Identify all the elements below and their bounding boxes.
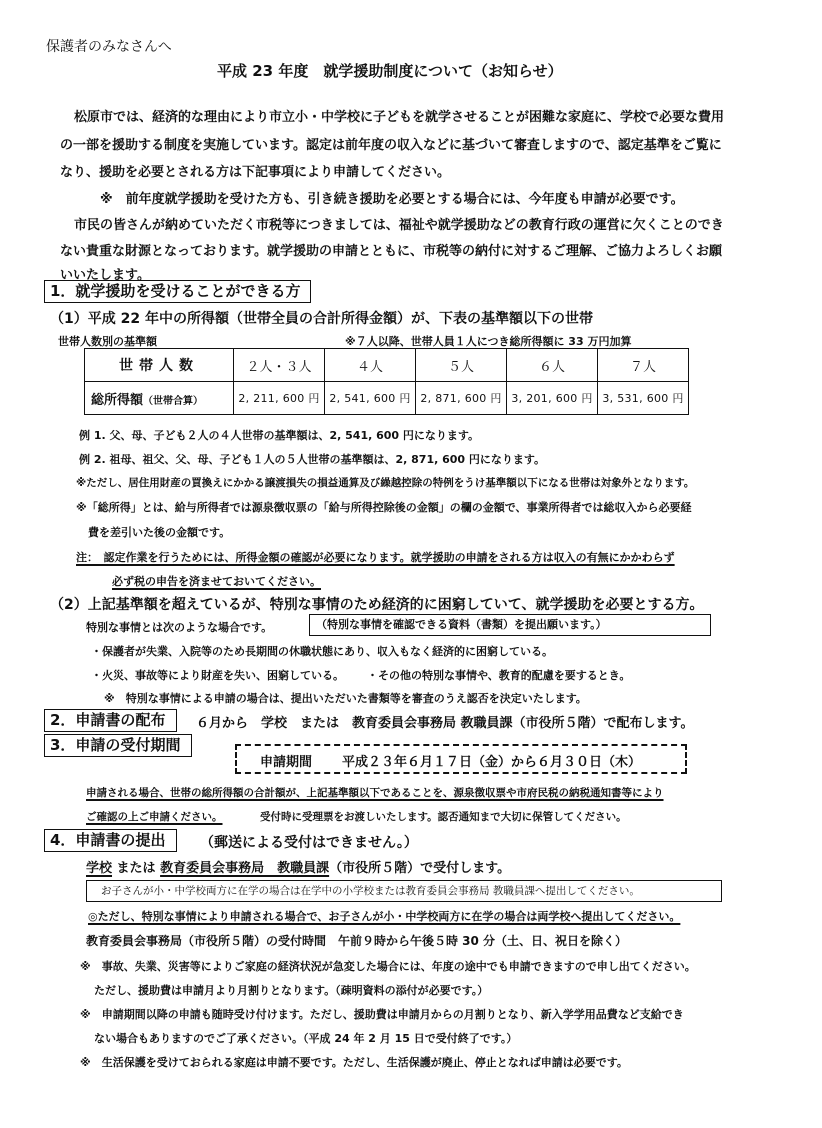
special-documents-note: （特別な事情を確認できる資料（書類）を提出願います。） bbox=[309, 614, 711, 636]
section-1-sub-2-heading: （2）上記基準額を超えているが、特別な事情のため経済的に困窮していて、就学援助を… bbox=[50, 594, 703, 614]
bullet-other: ・その他の特別な事情や、教育的配慮を要するとき。 bbox=[367, 667, 630, 683]
note-total-income-1: ※「総所得」とは、給与所得者では源泉徴収票の「給与所得控除後の金額」の欄の金額で… bbox=[76, 499, 691, 515]
both-schools-note: お子さんが小・中学校両方に在学の場合は在学中の小学校または教育委員会事務局 教職… bbox=[86, 880, 722, 902]
example-2: 例 2. 祖母、祖父、父、母、子ども１人の５人世帯の基準額は、2, 871, 6… bbox=[79, 451, 545, 467]
note-sudden-change: ※ 事故、失業、災害等によりご家庭の経済状況が急変した場合には、年度の途中でも申… bbox=[80, 958, 696, 974]
section-4-heading: 4．申請書の提出 bbox=[44, 829, 177, 852]
value-col-2: 2, 541, 600 円 bbox=[325, 382, 416, 415]
table-note: ※７人以降、世帯人員１人につき総所得額に 33 万円加算 bbox=[345, 333, 631, 349]
value-col-5: 3, 531, 600 円 bbox=[598, 382, 689, 415]
office-hours: 教育委員会事務局（市役所５階）の受付時間 午前９時から午後５時 30 分（土、日… bbox=[86, 932, 627, 949]
no-mail-note: （郵送による受付はできません。） bbox=[200, 832, 418, 852]
place-or: または bbox=[117, 861, 156, 876]
value-col-3: 2, 871, 600 円 bbox=[416, 382, 507, 415]
row-label-suffix: （世帯合算） bbox=[143, 396, 203, 407]
header-col-1: ２人・３人 bbox=[234, 349, 325, 382]
example-1: 例 1. 父、母、子ども２人の４人世帯の基準額は、2, 541, 600 円にな… bbox=[79, 427, 479, 443]
special-submission-note: ◎ただし、特別な事情により申請される場合で、お子さんが小・中学校両方に在学の場合… bbox=[88, 908, 680, 924]
period-value: 平成２３年６月１７日（金）から６月３０日（木） bbox=[342, 751, 641, 770]
bullet-unemployment: ・保護者が失業、入院等のため長期間の休職状態にあり、収入もなく経済的に困窮してい… bbox=[91, 643, 553, 659]
intro-line-1: 松原市では、経済的な理由により市立小・中学校に子どもを就学させることが困難な家庭… bbox=[74, 106, 724, 125]
tax-line-2: ない貴重な財源となっております。就学援助の申請とともに、市税等の納付に対するご理… bbox=[60, 240, 722, 259]
caution-line-2: 必ず税の申告を済ませておいてください。 bbox=[112, 573, 321, 589]
note-monthly-proration: ただし、援助費は申請月より月割りとなります。（疎明資料の添付が必要です。） bbox=[94, 982, 488, 998]
table-caption: 世帯人数別の基準額 bbox=[58, 333, 157, 349]
bullet-disaster: ・火災、事故等により財産を失い、困窮している。 bbox=[91, 667, 344, 683]
table-header-row: 世帯人数 ２人・３人 ４人 ５人 ６人 ７人 bbox=[85, 349, 689, 382]
caution-line-1: 注： 認定作業を行うためには、所得金額の確認が必要になります。就学援助の申請をさ… bbox=[76, 549, 675, 565]
document-title: 平成 23 年度 就学援助制度について（お知らせ） bbox=[217, 60, 563, 81]
criteria-table: 世帯人数 ２人・３人 ４人 ５人 ６人 ７人 総所得額（世帯合算） 2, 211… bbox=[84, 348, 689, 415]
special-review-note: ※ 特別な事情による申請の場合は、提出いただいた書類等を審査のうえ認否を決定いた… bbox=[104, 690, 587, 706]
row-label-total-income: 総所得額（世帯合算） bbox=[85, 382, 234, 415]
section-1-heading: 1．就学援助を受けることができる方 bbox=[44, 280, 311, 303]
header-col-4: ６人 bbox=[507, 349, 598, 382]
recipient-line: 保護者のみなさんへ bbox=[46, 36, 172, 56]
section-3-heading: 3．申請の受付期間 bbox=[44, 734, 192, 757]
header-col-3: ５人 bbox=[416, 349, 507, 382]
intro-line-2: の一部を援助する制度を実施しています。認定は前年度の収入などに基づいて審査します… bbox=[60, 134, 722, 153]
header-col-2: ４人 bbox=[325, 349, 416, 382]
place-school: 学校 bbox=[86, 861, 112, 876]
note-total-income-2: 費を差引いた後の金額です。 bbox=[88, 524, 230, 540]
submission-places: 学校 または 教育委員会事務局 教職員課（市役所５階）で受付します。 bbox=[86, 857, 510, 876]
header-household-size: 世帯人数 bbox=[85, 349, 234, 382]
tax-line-1: 市民の皆さんが納めていただく市税等につきましては、福祉や就学援助などの教育行政の… bbox=[74, 214, 724, 233]
note-exclusion: ※ただし、居住用財産の買換えにかかる譲渡損失の損益通算及び繰越控除の特例をうけ基… bbox=[76, 475, 694, 490]
period-label: 申請期間 bbox=[260, 751, 312, 770]
renewal-note: ※ 前年度就学援助を受けた方も、引き続き援助を必要とする場合には、今年度も申請が… bbox=[100, 188, 684, 207]
income-confirmation-line-1: 申請される場合、世帯の総所得額の合計額が、上記基準額以下であることを、源泉徴収票… bbox=[86, 785, 664, 800]
value-col-1: 2, 211, 600 円 bbox=[234, 382, 325, 415]
income-confirmation-line-2: ご確認の上ご申請ください。 bbox=[86, 809, 223, 824]
note-late-applications: ※ 申請期間以降の申請も随時受け付けます。ただし、援助費は申請月からの月割りとな… bbox=[80, 1006, 684, 1022]
special-circumstances-intro: 特別な事情とは次のような場合です。 bbox=[86, 619, 272, 635]
receipt-note: 受付時に受理票をお渡しいたします。認否通知まで大切に保管してください。 bbox=[260, 809, 627, 824]
value-col-4: 3, 201, 600 円 bbox=[507, 382, 598, 415]
note-deadline: ない場合もありますのでご了承ください。（平成 24 年 2 月 15 日で受付終… bbox=[94, 1030, 517, 1046]
place-office: 教育委員会事務局 教職員課 bbox=[160, 861, 329, 876]
distribution-text: ６月から 学校 または 教育委員会事務局 教職員課（市役所５階）で配布します。 bbox=[196, 712, 694, 731]
note-welfare: ※ 生活保護を受けておられる家庭は申請不要です。ただし、生活保護が廃止、停止とな… bbox=[80, 1054, 628, 1070]
intro-line-3: なり、援助を必要とされる方は下記事項により申請してください。 bbox=[60, 161, 450, 180]
section-1-sub-1-heading: （1）平成 22 年中の所得額（世帯全員の合計所得金額）が、下表の基準額以下の世… bbox=[50, 308, 593, 328]
place-rest: （市役所５階）で受付します。 bbox=[329, 861, 510, 876]
header-col-5: ７人 bbox=[598, 349, 689, 382]
table-row: 総所得額（世帯合算） 2, 211, 600 円 2, 541, 600 円 2… bbox=[85, 382, 689, 415]
row-label-text: 総所得額 bbox=[91, 393, 143, 408]
section-2-heading: 2．申請書の配布 bbox=[44, 709, 177, 732]
